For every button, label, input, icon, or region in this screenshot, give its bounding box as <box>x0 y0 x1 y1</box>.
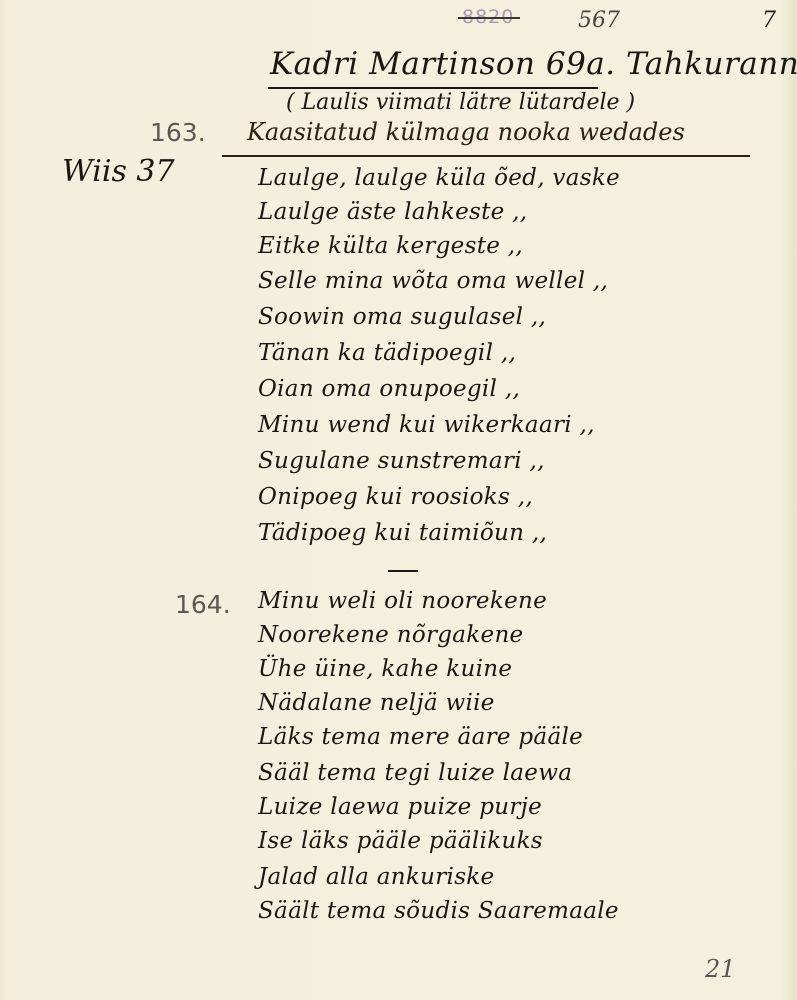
verse-line: Ise läks pääle päälikuks <box>258 828 543 854</box>
section-divider <box>388 570 418 572</box>
verse-line: Minu weli oli noorekene <box>258 588 547 614</box>
song-number: 164. <box>175 590 231 619</box>
verse-line: Sääl tema tegi luize laewa <box>258 760 572 786</box>
verse-line: Läks tema mere äare pääle <box>258 724 583 750</box>
verse-line: Selle mina wõta oma wellel ,, <box>258 268 608 294</box>
verse-line: Tädipoeg kui taimiõun ,, <box>258 520 547 546</box>
margin-reference: Wiis 37 <box>62 154 175 189</box>
heading-underline <box>268 87 598 89</box>
struck-stamp-number: 8820 <box>462 6 514 28</box>
song-title-underline <box>222 155 750 157</box>
leaf-number: 7 <box>762 8 776 33</box>
verse-line: Tänan ka tädipoegil ,, <box>258 340 516 366</box>
verse-line: Onipoeg kui roosioks ,, <box>258 484 533 510</box>
verse-line: Noorekene nõrgakene <box>258 622 523 648</box>
manuscript-page: 8820 567 7 Kadri Martinson 69a. Tahkuran… <box>0 0 797 1000</box>
verse-line: Eitke külta kergeste ,, <box>258 233 523 259</box>
verse-line: Minu wend kui wikerkaari ,, <box>258 412 595 438</box>
verse-line: Laulge, laulge küla õed, vaske <box>258 165 620 191</box>
verse-line: Nädalane neljä wiie <box>258 690 495 716</box>
verse-line: Luize laewa puize purje <box>258 794 542 820</box>
singer-heading: Kadri Martinson 69a. Tahkuranna. <box>270 46 797 82</box>
verse-line: Oian oma onupoegil ,, <box>258 376 520 402</box>
archive-number: 567 <box>578 8 620 33</box>
verse-line: Jalad alla ankuriske <box>258 864 494 890</box>
page-count: 21 <box>705 955 736 983</box>
verse-line: Sugulane sunstremari ,, <box>258 448 545 474</box>
verse-line: Ühe üine, kahe kuine <box>258 656 512 682</box>
verse-line: Soowin oma sugulasel ,, <box>258 304 546 330</box>
singer-note: ( Laulis viimati lätre lütardele ) <box>286 90 635 115</box>
verse-line: Säält tema sõudis Saaremaale <box>258 898 619 924</box>
song-number: 163. <box>150 118 206 147</box>
song-title: Kaasitatud külmaga nooka wedades <box>247 118 685 146</box>
verse-line: Laulge äste lahkeste ,, <box>258 199 527 225</box>
